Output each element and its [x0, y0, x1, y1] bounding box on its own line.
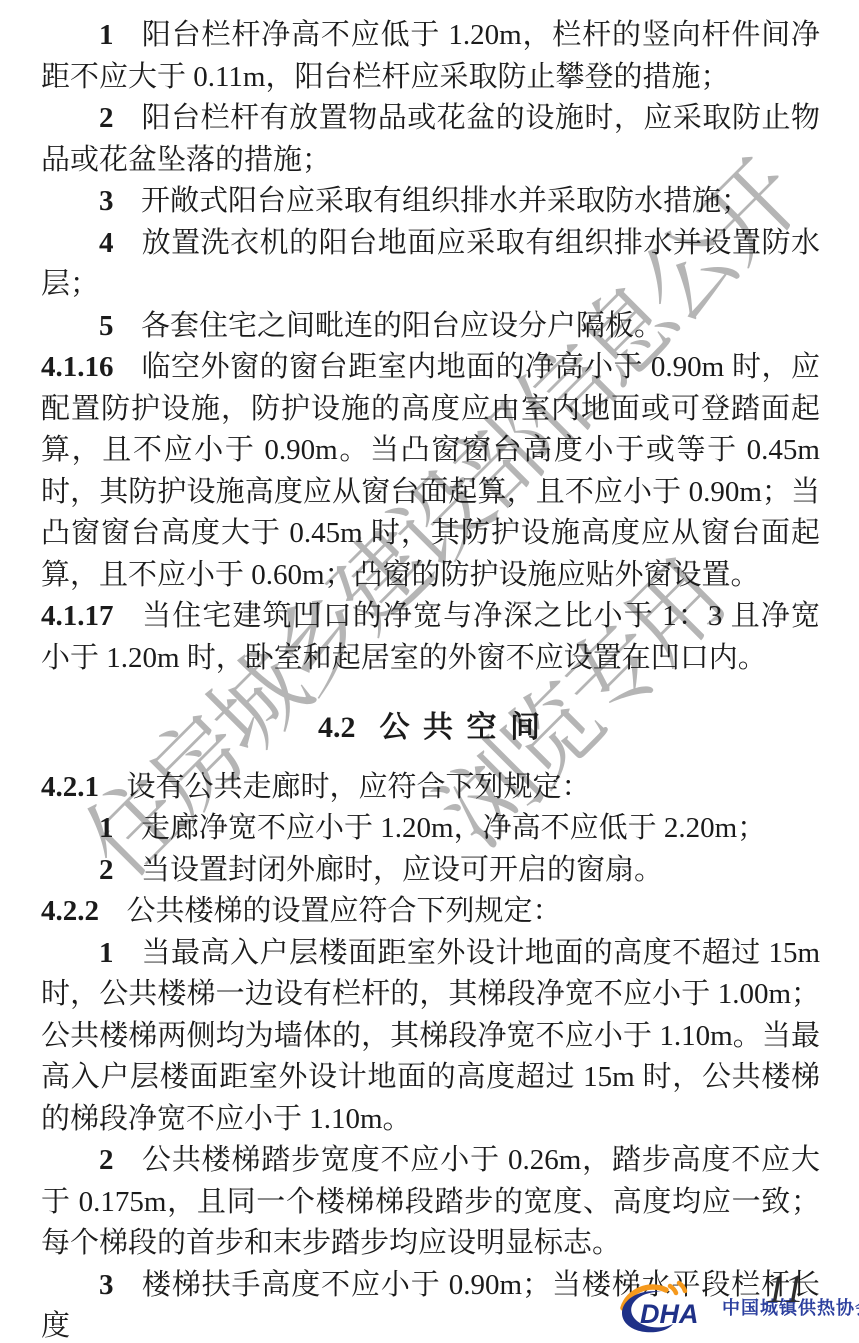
item-paragraph: 2阳台栏杆有放置物品或花盆的设施时，应采取防止物品或花盆坠落的措施；	[41, 98, 820, 181]
clause-number: 4.1.16	[41, 351, 114, 383]
item-number: 4	[99, 227, 114, 259]
clause-paragraph: 4.2.1设有公共走廊时，应符合下列规定：	[41, 767, 820, 809]
logo-orange-tick-2	[679, 1283, 685, 1291]
clause-paragraph: 4.1.17当住宅建筑凹口的净宽与净深之比小于 1：3 且净宽小于 1.20m …	[41, 596, 820, 679]
item-text: 开敞式阳台应采取有组织排水并采取防水措施；	[141, 185, 750, 217]
item-number: 2	[99, 854, 114, 886]
clause-text: 公共楼梯的设置应符合下列规定：	[127, 895, 562, 927]
item-number: 3	[99, 1269, 114, 1301]
clause-number: 4.2.1	[41, 771, 99, 803]
item-text: 走廊净宽不应小于 1.20m，净高不应低于 2.20m；	[141, 812, 766, 844]
item-text: 阳台栏杆净高不应低于 1.20m，栏杆的竖向杆件间净距不应大于 0.11m，阳台…	[41, 19, 820, 93]
document-page: 住房城乡建设部信息公开 浏览专用 1阳台栏杆净高不应低于 1.20m，栏杆的竖向…	[0, 0, 859, 1343]
item-paragraph: 1当最高入户层楼面距室外设计地面的高度不超过 15m 时，公共楼梯一边设有栏杆的…	[41, 933, 820, 1141]
item-text: 公共楼梯踏步宽度不应小于 0.26m，踏步高度不应大于 0.175m，且同一个楼…	[41, 1144, 820, 1259]
clause-text: 临空外窗的窗台距室内地面的净高小于 0.90m 时，应配置防护设施，防护设施的高…	[41, 351, 820, 591]
clause-text: 设有公共走廊时，应符合下列规定：	[127, 771, 591, 803]
association-logo: DHA 中国城镇供热协会	[616, 1279, 859, 1335]
item-text: 当最高入户层楼面距室外设计地面的高度不超过 15m 时，公共楼梯一边设有栏杆的，…	[41, 937, 820, 1135]
logo-letters: DHA	[640, 1299, 699, 1329]
item-paragraph: 3开敞式阳台应采取有组织排水并采取防水措施；	[41, 181, 820, 223]
document-body: 1阳台栏杆净高不应低于 1.20m，栏杆的竖向杆件间净距不应大于 0.11m，阳…	[41, 0, 820, 1343]
cdha-logo-icon: DHA	[616, 1279, 716, 1335]
item-text: 各套住宅之间毗连的阳台应设分户隔板。	[141, 310, 663, 342]
page-number: 11	[766, 1265, 805, 1312]
item-number: 1	[99, 812, 114, 844]
item-number: 1	[99, 19, 114, 51]
item-paragraph: 1阳台栏杆净高不应低于 1.20m，栏杆的竖向杆件间净距不应大于 0.11m，阳…	[41, 15, 820, 98]
item-text: 阳台栏杆有放置物品或花盆的设施时，应采取防止物品或花盆坠落的措施；	[41, 102, 820, 176]
clause-paragraph: 4.1.16临空外窗的窗台距室内地面的净高小于 0.90m 时，应配置防护设施，…	[41, 347, 820, 596]
item-text: 当设置封闭外廊时，应设可开启的窗扇。	[141, 854, 663, 886]
section-heading-number: 4.2	[318, 707, 356, 749]
clause-paragraph: 4.2.2公共楼梯的设置应符合下列规定：	[41, 891, 820, 933]
clause-number: 4.2.2	[41, 895, 99, 927]
item-paragraph: 1走廊净宽不应小于 1.20m，净高不应低于 2.20m；	[41, 808, 820, 850]
item-number: 1	[99, 937, 114, 969]
item-paragraph: 5各套住宅之间毗连的阳台应设分户隔板。	[41, 306, 820, 348]
item-number: 2	[99, 102, 114, 134]
item-number: 5	[99, 310, 114, 342]
item-number: 3	[99, 185, 114, 217]
clause-number: 4.1.17	[41, 600, 114, 632]
clause-text: 当住宅建筑凹口的净宽与净深之比小于 1：3 且净宽小于 1.20m 时，卧室和起…	[41, 600, 820, 674]
section-heading: 4.2公 共 空 间	[41, 707, 820, 749]
section-heading-title: 公 共 空 间	[380, 707, 544, 749]
item-paragraph: 2公共楼梯踏步宽度不应小于 0.26m，踏步高度不应大于 0.175m，且同一个…	[41, 1140, 820, 1265]
item-number: 2	[99, 1144, 114, 1176]
item-text: 放置洗衣机的阳台地面应采取有组织排水并设置防水层；	[41, 227, 820, 301]
item-paragraph: 4放置洗衣机的阳台地面应采取有组织排水并设置防水层；	[41, 223, 820, 306]
logo-orange-tick-1	[670, 1286, 676, 1293]
item-paragraph: 2当设置封闭外廊时，应设可开启的窗扇。	[41, 850, 820, 892]
